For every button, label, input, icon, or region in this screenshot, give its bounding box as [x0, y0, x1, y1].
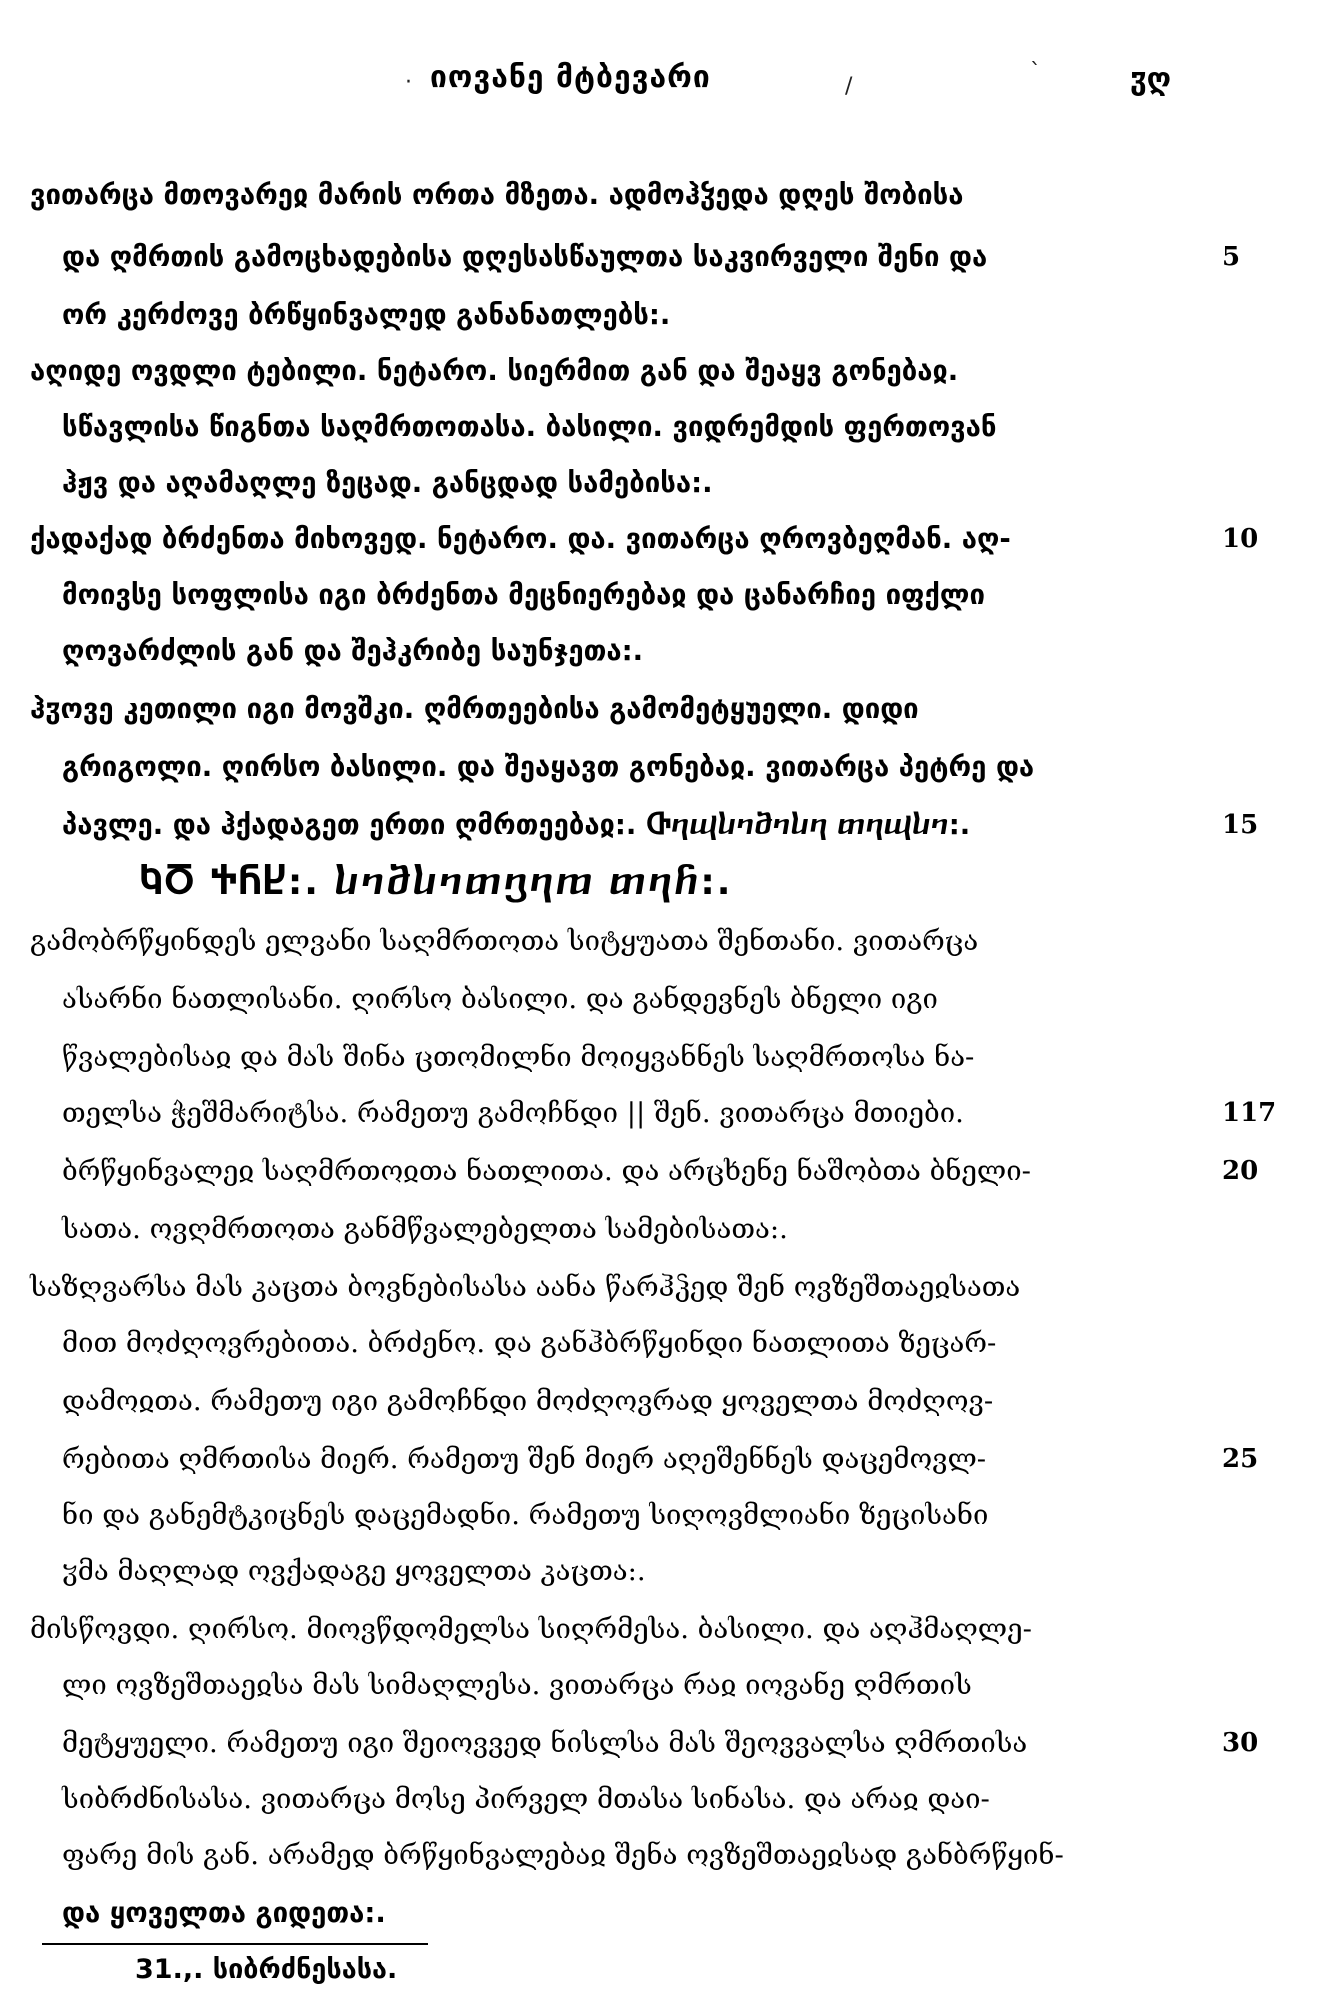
line-text: ლი ოვზეშთაეჲსა მას სიმაღლესა. ვითარცა რა…: [62, 1660, 972, 1710]
footnote-divider: [42, 1943, 428, 1945]
line-text: ღოვარძლის გან და შეჰკრიბე საუნჯეთა:.: [62, 626, 643, 676]
margin-line-number: 117: [1222, 1088, 1302, 1138]
text-line: აღიდე ოვდლი ტებილი. ნეტარო. სიერმით გან …: [30, 346, 1210, 396]
running-title: იოვანე მტბევარი: [430, 60, 711, 95]
text-line: ღოვარძლის გან და შეჰკრიბე საუნჯეთა:.: [62, 626, 1242, 676]
text-line: ასარნი ნათლისანი. ღირსო ბასილი. და განდე…: [62, 974, 1242, 1024]
text-line: ჳმა მაღლად ოვქადაგე ყოველთა კაცთა:.: [62, 1546, 1242, 1596]
line-text: ფარე მის გან. არამედ ბრწყინვალებაჲ შენა …: [62, 1830, 1064, 1880]
line-text: გამობრწყინდეს ელვანი საღმრთოთა სიტყუათა …: [30, 916, 978, 966]
print-speck: ·: [405, 70, 412, 95]
text-line: ფარე მის გან. არამედ ბრწყინვალებაჲ შენა …: [62, 1830, 1242, 1880]
line-text: სწავლისა წიგნთა საღმრთოთასა. ბასილი. ვიდ…: [62, 402, 997, 452]
text-line: დამოჲთა. რამეთუ იგი გამოჩნდი მოძღოვრად ყ…: [62, 1376, 1242, 1426]
text-line: ქადაქად ბრძენთა მიხოვედ. ნეტარო. და. ვით…: [30, 514, 1210, 564]
document-page: · იოვანე მტბევარი / ˋ ჳღ ვითარცა მთოვარე…: [0, 0, 1340, 1999]
text-line: ჰჟვ და აღამაღლე ზეცად. განცდად სამებისა:…: [62, 458, 1242, 508]
text-line: და ღმრთის გამოცხადებისა დღესასწაულთა საკ…: [62, 232, 1242, 282]
line-text: და ღმრთის გამოცხადებისა დღესასწაულთა საკ…: [62, 232, 987, 282]
line-text: რებითა ღმრთისა მიერ. რამეთუ შენ მიერ აღე…: [62, 1434, 986, 1484]
line-text: ჰჟვ და აღამაღლე ზეცად. განცდად სამებისა:…: [62, 458, 713, 508]
line-text: მით მოძღოვრებითა. ბრძენო. და განჰბრწყინდ…: [62, 1318, 996, 1368]
text-line: გამობრწყინდეს ელვანი საღმრთოთა სიტყუათა …: [30, 916, 1210, 966]
text-line: რებითა ღმრთისა მიერ. რამეთუ შენ მიერ აღე…: [62, 1434, 1242, 1484]
margin-line-number: 25: [1222, 1434, 1302, 1484]
line-text: და ყოველთა გიდეთა:.: [62, 1888, 386, 1938]
line-text: საზღვარსა მას კაცთა ბოვნებისასა აანა წარ…: [30, 1262, 1020, 1312]
text-line: ორ კერძოვე ბრწყინვალედ განანათლებს:.: [62, 290, 1242, 340]
text-line: ნი და განემტკიცნეს დაცემადნი. რამეთუ სიღ…: [62, 1490, 1242, 1540]
line-text: სათა. ოვღმრთოთა განმწვალებელთა სამებისათ…: [62, 1204, 788, 1254]
line-text: დამოჲთა. რამეთუ იგი გამოჩნდი მოძღოვრად ყ…: [62, 1376, 993, 1426]
margin-line-number: 5: [1222, 232, 1302, 282]
line-text: ჳმა მაღლად ოვქადაგე ყოველთა კაცთა:.: [62, 1546, 646, 1596]
text-line: ჰჳოვე კეთილი იგი მოვშკი. ღმრთეებისა გამო…: [30, 684, 1210, 734]
text-line: გრიგოლი. ღირსო ბასილი. და შეაყავთ გონება…: [62, 742, 1242, 792]
line-text: თელსა ჭეშმარიტსა. რამეთუ გამოჩნდი || შენ…: [62, 1088, 964, 1138]
line-text: ႩႣ ႵႬႾ:. ⴑⴈⴋⴑⴈⴇⴂⴄⴊ ⴇⴄⴌ:.: [140, 858, 732, 908]
text-line: და ყოველთა გიდეთა:.: [62, 1888, 1242, 1938]
print-speck: /: [845, 74, 852, 99]
margin-line-number: 30: [1222, 1718, 1302, 1768]
print-speck: ˋ: [1030, 60, 1041, 85]
line-text: ვითარცა მთოვარეჲ მარის ორთა მზეთა. ადმოჰ…: [30, 170, 964, 220]
text-line: სწავლისა წიგნთა საღმრთოთასა. ბასილი. ვიდ…: [62, 402, 1242, 452]
text-line: სათა. ოვღმრთოთა განმწვალებელთა სამებისათ…: [62, 1204, 1242, 1254]
text-line: სიბრძნისასა. ვითარცა მოსე პირველ მთასა ს…: [62, 1774, 1242, 1824]
line-text: ასარნი ნათლისანი. ღირსო ბასილი. და განდე…: [62, 974, 938, 1024]
line-text: მოივსე სოფლისა იგი ბრძენთა მეცნიერებაჲ დ…: [62, 570, 985, 620]
page-number: ჳღ: [1130, 62, 1171, 97]
text-line: პავლე. და ჰქადაგეთ ერთი ღმრთეებაჲ:. Ⴇⴄⴓⴑ…: [62, 800, 1242, 850]
text-line: მეტყუელი. რამეთუ იგი შეიოვვედ ნისლსა მას…: [62, 1718, 1242, 1768]
line-text: მეტყუელი. რამეთუ იგი შეიოვვედ ნისლსა მას…: [62, 1718, 1027, 1768]
footnote: 31.,. სიბრძნესასა.: [135, 1950, 397, 1990]
running-head: · იოვანე მტბევარი / ˋ ჳღ: [0, 60, 1340, 110]
line-text: ნი და განემტკიცნეს დაცემადნი. რამეთუ სიღ…: [62, 1490, 988, 1540]
text-line: წვალებისაჲ და მას შინა ცთომილნი მოიყვანნ…: [62, 1032, 1242, 1082]
text-line: თელსა ჭეშმარიტსა. რამეთუ გამოჩნდი || შენ…: [62, 1088, 1242, 1138]
line-text: სიბრძნისასა. ვითარცა მოსე პირველ მთასა ს…: [62, 1774, 990, 1824]
line-text: პავლე. და ჰქადაგეთ ერთი ღმრთეებაჲ:. Ⴇⴄⴓⴑ…: [62, 800, 970, 850]
text-line: ლი ოვზეშთაეჲსა მას სიმაღლესა. ვითარცა რა…: [62, 1660, 1242, 1710]
text-line: მით მოძღოვრებითა. ბრძენო. და განჰბრწყინდ…: [62, 1318, 1242, 1368]
line-text: მისწოვდი. ღირსო. მიოვწდომელსა სიღრმესა. …: [30, 1604, 1032, 1654]
text-line: მისწოვდი. ღირსო. მიოვწდომელსა სიღრმესა. …: [30, 1604, 1210, 1654]
section-heading: ႩႣ ႵႬႾ:. ⴑⴈⴋⴑⴈⴇⴂⴄⴊ ⴇⴄⴌ:.: [140, 858, 1320, 908]
text-line: ბრწყინვალეჲ საღმრთოჲთა ნათლითა. და არცხე…: [62, 1146, 1242, 1196]
text-line: ვითარცა მთოვარეჲ მარის ორთა მზეთა. ადმოჰ…: [30, 170, 1210, 220]
margin-line-number: 15: [1222, 800, 1302, 850]
text-line: საზღვარსა მას კაცთა ბოვნებისასა აანა წარ…: [30, 1262, 1210, 1312]
line-text: წვალებისაჲ და მას შინა ცთომილნი მოიყვანნ…: [62, 1032, 974, 1082]
line-text: ჰჳოვე კეთილი იგი მოვშკი. ღმრთეებისა გამო…: [30, 684, 919, 734]
margin-line-number: 10: [1222, 514, 1302, 564]
line-text: ქადაქად ბრძენთა მიხოვედ. ნეტარო. და. ვით…: [30, 514, 1011, 564]
line-text: ორ კერძოვე ბრწყინვალედ განანათლებს:.: [62, 290, 670, 340]
line-text: გრიგოლი. ღირსო ბასილი. და შეაყავთ გონება…: [62, 742, 1034, 792]
margin-line-number: 20: [1222, 1146, 1302, 1196]
line-text: ბრწყინვალეჲ საღმრთოჲთა ნათლითა. და არცხე…: [62, 1146, 1031, 1196]
line-text: აღიდე ოვდლი ტებილი. ნეტარო. სიერმით გან …: [30, 346, 958, 396]
text-line: მოივსე სოფლისა იგი ბრძენთა მეცნიერებაჲ დ…: [62, 570, 1242, 620]
